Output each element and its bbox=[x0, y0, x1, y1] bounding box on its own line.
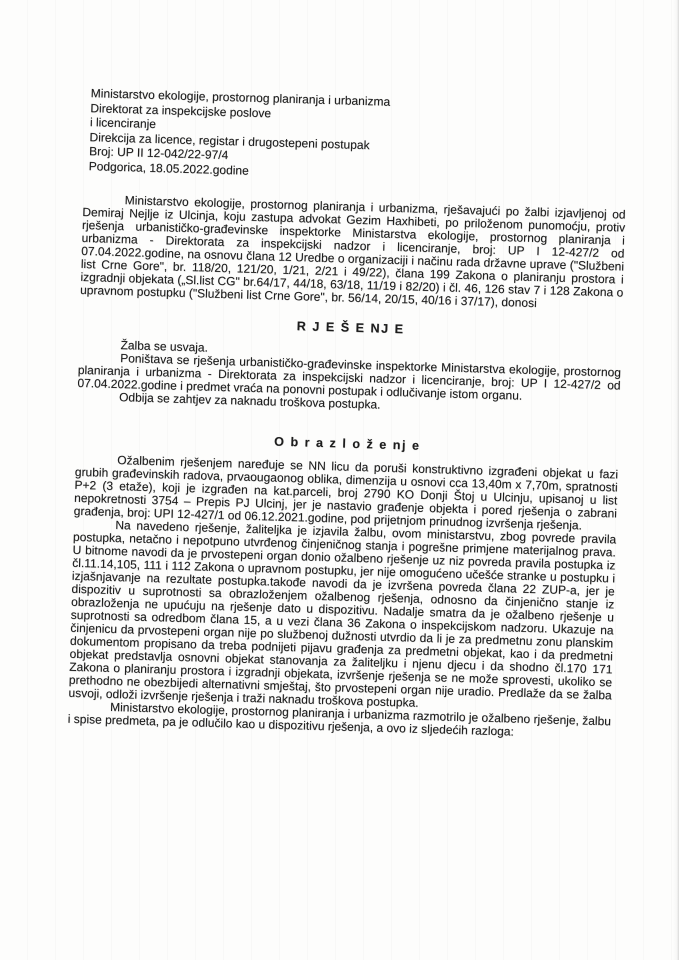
intro-paragraph: Ministarstvo ekologije, prostornog plani… bbox=[80, 193, 626, 313]
scanned-page: Ministarstvo ekologije, prostornog plani… bbox=[0, 0, 679, 960]
explanation-paragraph-2: Na navedeno rješenje, žaliteljka je izja… bbox=[68, 517, 616, 715]
resolution-heading: R J E Š E NJ E bbox=[79, 312, 622, 342]
letterhead: Ministarstvo ekologije, prostornog plani… bbox=[88, 86, 628, 189]
document-body: Ministarstvo ekologije, prostornog plani… bbox=[68, 86, 629, 741]
